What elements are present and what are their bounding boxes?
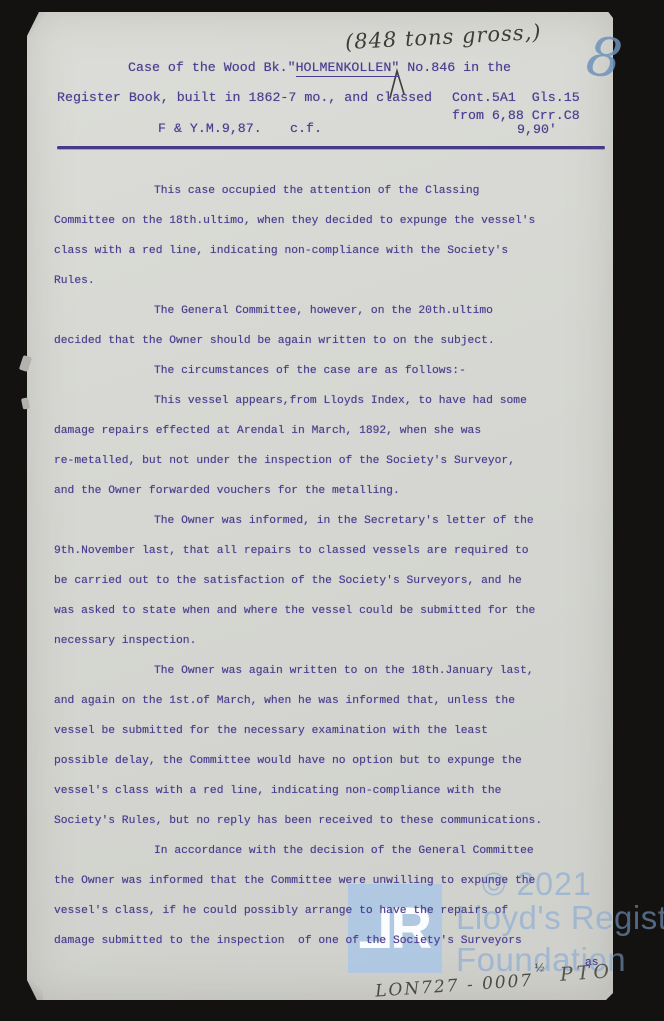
typed-line: vessel be submitted for the necessary ex…	[54, 716, 559, 746]
typed-line: re-metalled, but not under the inspectio…	[54, 446, 559, 476]
typed-line: The General Committee, however, on the 2…	[54, 296, 559, 326]
page-content: (848 tons gross,) 8 Case of the Wood Bk.…	[27, 12, 613, 1000]
ship-name: HOLMENKOLLEN"	[296, 60, 400, 77]
typed-line: damage submitted to the inspection of on…	[54, 926, 559, 956]
scanned-document-photo: L R © 2021 Lloyd's Register Foundation (…	[0, 0, 664, 1021]
header-divider-rule	[57, 146, 605, 149]
typed-line: This case occupied the attention of the …	[54, 176, 559, 206]
typed-line: was asked to state when and where the ve…	[54, 596, 559, 626]
class-notation-3: 9,90'	[517, 122, 557, 137]
typed-line: The circumstances of the case are as fol…	[54, 356, 559, 386]
case-body-text: This case occupied the attention of the …	[54, 176, 559, 956]
typed-line: The Owner was again written to on the 18…	[54, 656, 559, 686]
class-notation-2: from 6,88 Crr.C8	[452, 108, 580, 123]
typed-line: Rules.	[54, 266, 559, 296]
cf-abbreviation: c.f.	[290, 121, 322, 136]
typed-line: necessary inspection.	[54, 626, 559, 656]
typed-line: and the Owner forwarded vouchers for the…	[54, 476, 559, 506]
pto-note: PTO	[559, 960, 613, 986]
handwritten-page-number: 8	[582, 24, 626, 92]
typed-line: vessel's class, if he could possibly arr…	[54, 896, 559, 926]
typed-line: 9th.November last, that all repairs to c…	[54, 536, 559, 566]
typed-line: class with a red line, indicating non-co…	[54, 236, 559, 266]
archive-reference-number: LON727 - 0007½	[374, 968, 546, 1002]
survey-dates: F & Y.M.9,87.	[158, 121, 262, 136]
handwritten-tonnage-note: (848 tons gross,)	[345, 20, 543, 54]
reference-text: LON727 - 0007	[375, 971, 534, 1002]
typed-line: be carried out to the satisfaction of th…	[54, 566, 559, 596]
register-book-line: Register Book, built in 1862-7 mo., and …	[57, 90, 432, 105]
reference-fraction: ½	[534, 961, 548, 975]
class-notation-1: Cont.5A1 Gls.15	[452, 90, 580, 105]
typed-line: the Owner was informed that the Committe…	[54, 866, 559, 896]
typed-line: Committee on the 18th.ultimo, when they …	[54, 206, 559, 236]
title-suffix: No.846 in the	[399, 60, 511, 75]
title-prefix: Case of the Wood Bk."	[128, 60, 296, 75]
typed-line: and again on the 1st.of March, when he w…	[54, 686, 559, 716]
typed-line: possible delay, the Committee would have…	[54, 746, 559, 776]
typed-line: decided that the Owner should be again w…	[54, 326, 559, 356]
case-title-line: Case of the Wood Bk."HOLMENKOLLEN" No.84…	[128, 60, 511, 75]
typed-line: This vessel appears,from Lloyds Index, t…	[54, 386, 559, 416]
typed-line: In accordance with the decision of the G…	[54, 836, 559, 866]
typed-line: The Owner was informed, in the Secretary…	[54, 506, 559, 536]
typed-line: damage repairs effected at Arendal in Ma…	[54, 416, 559, 446]
typed-line: vessel's class with a red line, indicati…	[54, 776, 559, 806]
typed-line: Society's Rules, but no reply has been r…	[54, 806, 559, 836]
